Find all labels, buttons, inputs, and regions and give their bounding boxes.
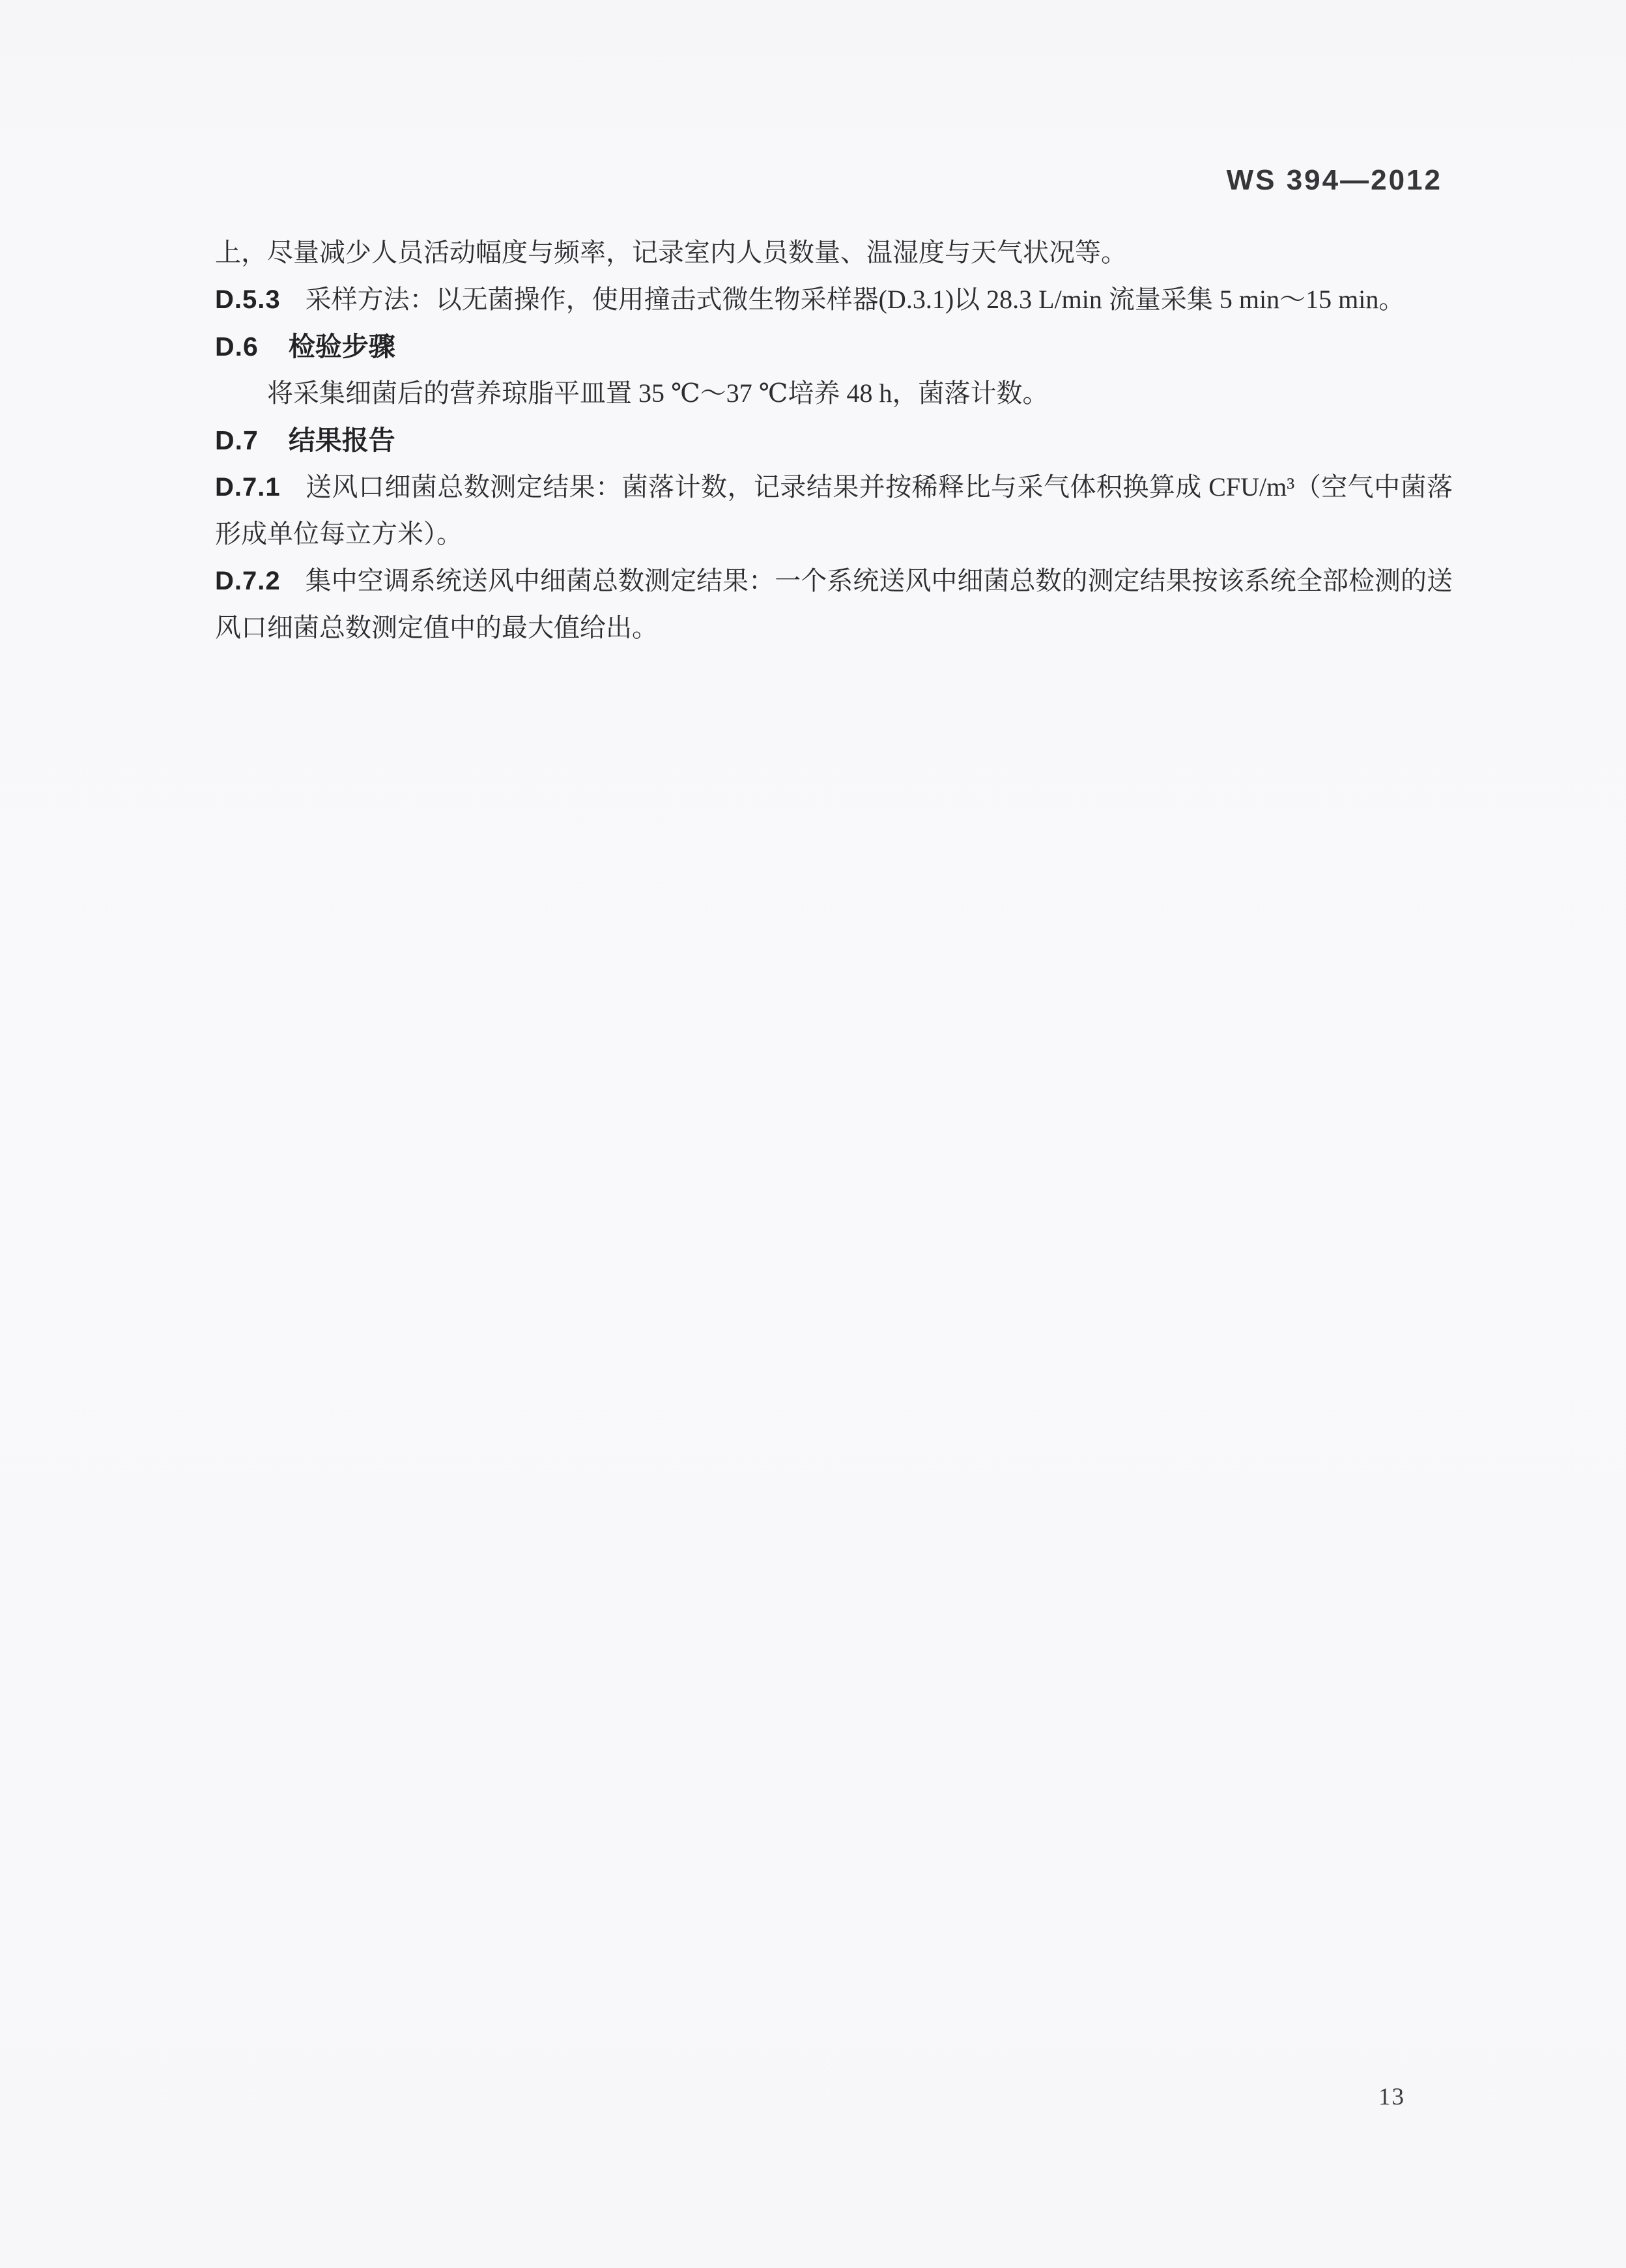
clause-d53-text: 采样方法：以无菌操作，使用撞击式微生物采样器(D.3.1)以 28.3 L/mi…: [306, 285, 1405, 314]
heading-d6: D.6检验步骤: [215, 323, 1453, 370]
page-content: 上，尽量减少人员活动幅度与频率，记录室内人员数量、温湿度与天气状况等。 D.5.…: [215, 229, 1453, 651]
standard-number-header: WS 394—2012: [1227, 164, 1442, 197]
clause-d71-text: 送风口细菌总数测定结果：菌落计数，记录结果并按稀释比与采气体积换算成 CFU/m…: [215, 472, 1453, 548]
paragraph-continuation: 上，尽量减少人员活动幅度与频率，记录室内人员数量、温湿度与天气状况等。: [215, 229, 1453, 276]
clause-d53: D.5.3采样方法：以无菌操作，使用撞击式微生物采样器(D.3.1)以 28.3…: [215, 276, 1453, 323]
clause-d72: D.7.2集中空调系统送风中细菌总数测定结果：一个系统送风中细菌总数的测定结果按…: [215, 558, 1453, 651]
heading-d7-title: 结果报告: [289, 425, 395, 455]
document-page: WS 394—2012 上，尽量减少人员活动幅度与频率，记录室内人员数量、温湿度…: [0, 0, 1626, 2268]
paragraph-d6: 将采集细菌后的营养琼脂平皿置 35 ℃～37 ℃培养 48 h，菌落计数。: [215, 370, 1453, 417]
heading-d6-label: D.6: [215, 332, 259, 361]
page-number: 13: [1378, 2083, 1405, 2111]
clause-d71: D.7.1送风口细菌总数测定结果：菌落计数，记录结果并按稀释比与采气体积换算成 …: [215, 464, 1453, 558]
clause-d72-text: 集中空调系统送风中细菌总数测定结果：一个系统送风中细菌总数的测定结果按该系统全部…: [215, 566, 1453, 642]
clause-d53-label: D.5.3: [215, 285, 281, 314]
heading-d7: D.7结果报告: [215, 417, 1453, 464]
heading-d6-title: 检验步骤: [289, 332, 395, 361]
clause-d72-label: D.7.2: [215, 567, 281, 595]
heading-d7-label: D.7: [215, 425, 259, 455]
clause-d71-label: D.7.1: [215, 473, 281, 502]
